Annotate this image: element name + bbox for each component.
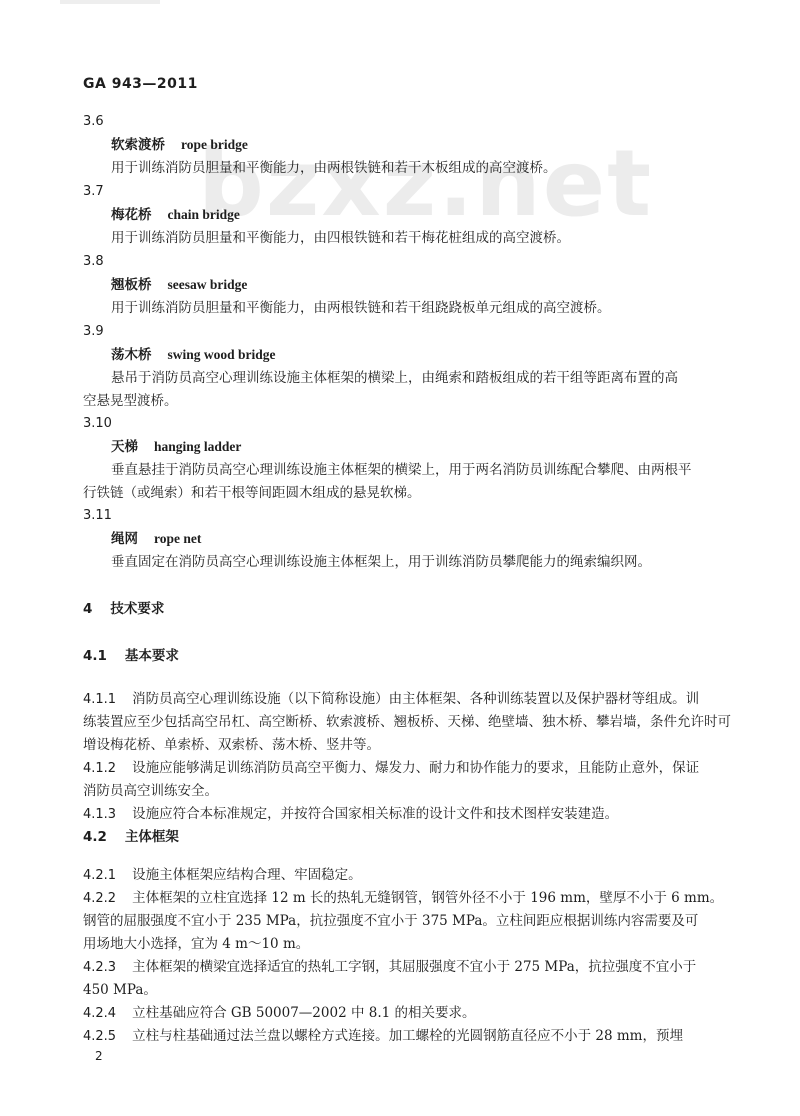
subsection-title: 基本要求: [125, 648, 179, 664]
clause-id: 4.1.3: [83, 807, 116, 822]
clause-id: 4.1.1: [83, 692, 116, 707]
section-heading: 4技术要求: [83, 600, 164, 618]
term-cn: 梅花桥: [111, 207, 152, 223]
definition-desc: 用于训练消防员胆量和平衡能力，由四根铁链和若干梅花桩组成的高空渡桥。: [111, 229, 570, 247]
definition-desc: 空悬晃型渡桥。: [83, 392, 178, 410]
definition-desc: 用于训练消防员胆量和平衡能力，由两根铁链和若干木板组成的高空渡桥。: [111, 159, 557, 177]
clause-text: 主体框架的立柱宜选择 12 m 长的热轧无缝钢管，钢管外径不小于 196 mm，…: [132, 890, 723, 906]
definition-term: 荡木桥swing wood bridge: [111, 346, 276, 364]
clause-text: 消防员高空心理训练设施（以下简称设施）由主体框架、各种训练装置以及保护器材等组成…: [132, 691, 699, 707]
term-en: hanging ladder: [154, 439, 241, 454]
definition-term: 翘板桥seesaw bridge: [111, 276, 247, 294]
clause-text: 钢管的屈服强度不宜小于 235 MPa，抗拉强度不宜小于 375 MPa。立柱间…: [83, 912, 698, 930]
clause-text: 练装置应至少包括高空吊杠、高空断桥、软索渡桥、翘板桥、天梯、绝壁墙、独木桥、攀岩…: [83, 713, 731, 731]
clause-id: 4.2.4: [83, 1006, 116, 1021]
definition-number: 3.7: [83, 183, 104, 201]
subsection-title: 主体框架: [125, 829, 179, 845]
page-number: 2: [95, 1047, 103, 1065]
term-cn: 天梯: [111, 439, 138, 455]
document-page: bzxz.net GA 943—2011 3.6 软索渡桥rope bridge…: [0, 0, 800, 1116]
definition-number: 3.11: [83, 507, 112, 525]
clause: 4.2.1设施主体框架应结构合理、牢固稳定。: [83, 866, 362, 885]
clause: 4.1.3设施应符合本标准规定，并按符合国家相关标准的设计文件和技术图样安装建造…: [83, 805, 618, 824]
clause: 4.2.2主体框架的立柱宜选择 12 m 长的热轧无缝钢管，钢管外径不小于 19…: [83, 889, 723, 908]
definition-number: 3.10: [83, 415, 112, 433]
watermark: bzxz.net: [198, 138, 653, 230]
clause-text: 立柱与柱基础通过法兰盘以螺栓方式连接。加工螺栓的光圆钢筋直径应不小于 28 mm…: [132, 1028, 683, 1044]
term-en: rope bridge: [181, 137, 248, 152]
clause-text: 消防员高空训练安全。: [83, 782, 218, 800]
definition-term: 软索渡桥rope bridge: [111, 136, 248, 154]
top-watermark-strip: [60, 0, 160, 4]
clause-id: 4.2.5: [83, 1029, 116, 1044]
term-en: rope net: [154, 531, 201, 546]
clause: 4.2.3主体框架的横梁宜选择适宜的热轧工字钢，其屈服强度不宜小于 275 MP…: [83, 958, 696, 977]
definition-term: 绳网rope net: [111, 530, 201, 548]
definition-term: 天梯hanging ladder: [111, 438, 241, 456]
clause-id: 4.2.3: [83, 960, 116, 975]
definition-desc: 用于训练消防员胆量和平衡能力，由两根铁链和若干组跷跷板单元组成的高空渡桥。: [111, 299, 611, 317]
definition-desc: 行铁链（或绳索）和若干根等间距圆木组成的悬晃软梯。: [83, 484, 421, 502]
clause-text: 立柱基础应符合 GB 50007—2002 中 8.1 的相关要求。: [132, 1005, 475, 1021]
clause: 4.2.4立柱基础应符合 GB 50007—2002 中 8.1 的相关要求。: [83, 1004, 476, 1023]
definition-desc: 垂直固定在消防员高空心理训练设施主体框架上，用于训练消防员攀爬能力的绳索编织网。: [111, 553, 651, 571]
standard-id: GA 943—2011: [83, 75, 198, 93]
clause-id: 4.1.2: [83, 761, 116, 776]
term-cn: 软索渡桥: [111, 137, 165, 153]
definition-desc: 垂直悬挂于消防员高空心理训练设施主体框架的横梁上，用于两名消防员训练配合攀爬、由…: [111, 461, 692, 479]
subsection-heading: 4.2主体框架: [83, 828, 179, 846]
clause-id: 4.2.1: [83, 868, 116, 883]
subsection-number: 4.2: [83, 829, 107, 845]
section-number: 4: [83, 601, 92, 617]
definition-number: 3.8: [83, 253, 104, 271]
clause-text: 设施应符合本标准规定，并按符合国家相关标准的设计文件和技术图样安装建造。: [132, 806, 618, 822]
definition-number: 3.6: [83, 113, 104, 131]
section-title: 技术要求: [110, 601, 164, 617]
term-en: chain bridge: [168, 207, 240, 222]
clause-text: 设施主体框架应结构合理、牢固稳定。: [132, 867, 362, 883]
clause-text: 设施应能够满足训练消防员高空平衡力、爆发力、耐力和协作能力的要求，且能防止意外，…: [132, 760, 699, 776]
term-cn: 绳网: [111, 531, 138, 547]
definition-number: 3.9: [83, 323, 104, 341]
subsection-number: 4.1: [83, 648, 107, 664]
clause-text: 用场地大小选择，宜为 4 m～10 m。: [83, 935, 309, 953]
clause: 4.2.5立柱与柱基础通过法兰盘以螺栓方式连接。加工螺栓的光圆钢筋直径应不小于 …: [83, 1027, 683, 1046]
term-en: seesaw bridge: [168, 277, 248, 292]
clause-id: 4.2.2: [83, 891, 116, 906]
clause-text: 450 MPa。: [83, 981, 157, 999]
subsection-heading: 4.1基本要求: [83, 647, 179, 665]
term-cn: 荡木桥: [111, 347, 152, 363]
definition-desc: 悬吊于消防员高空心理训练设施主体框架的横梁上，由绳索和踏板组成的若干组等距离布置…: [111, 369, 678, 387]
definition-term: 梅花桥chain bridge: [111, 206, 240, 224]
clause: 4.1.1消防员高空心理训练设施（以下简称设施）由主体框架、各种训练装置以及保护…: [83, 690, 699, 709]
term-cn: 翘板桥: [111, 277, 152, 293]
clause: 4.1.2设施应能够满足训练消防员高空平衡力、爆发力、耐力和协作能力的要求，且能…: [83, 759, 699, 778]
clause-text: 主体框架的横梁宜选择适宜的热轧工字钢，其屈服强度不宜小于 275 MPa，抗拉强…: [132, 959, 696, 975]
clause-text: 增设梅花桥、单索桥、双索桥、荡木桥、竖井等。: [83, 736, 380, 754]
term-en: swing wood bridge: [168, 347, 276, 362]
